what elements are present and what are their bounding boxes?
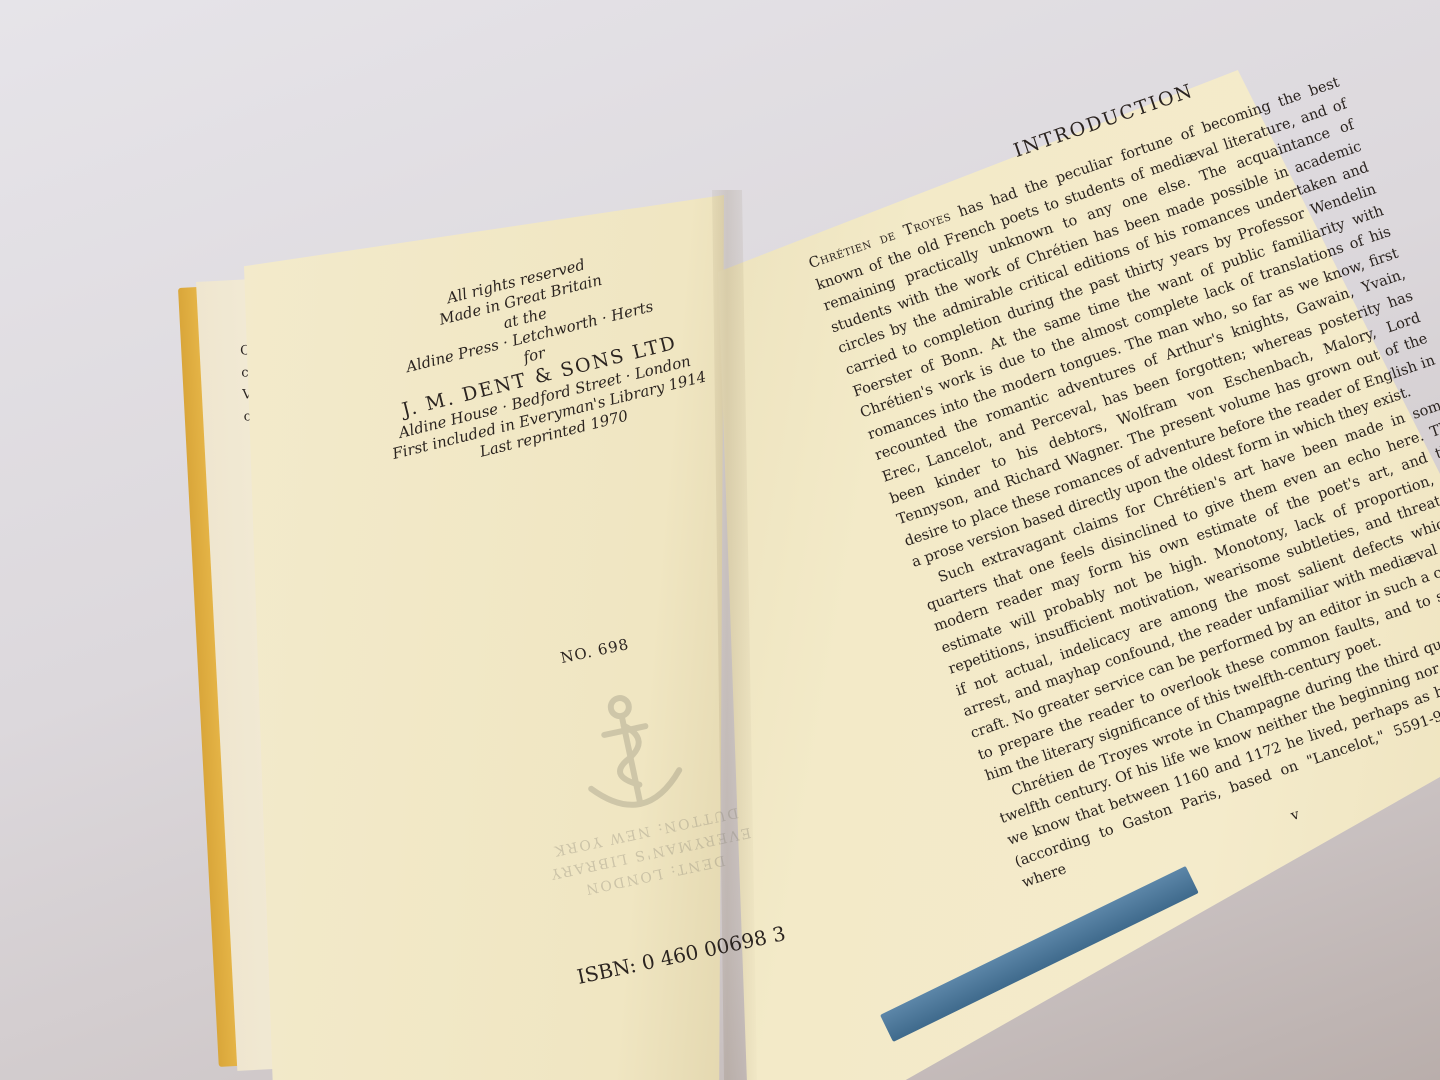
book-photo-scene: C f c I V i c All rights reserved Made i… <box>0 0 1440 1080</box>
